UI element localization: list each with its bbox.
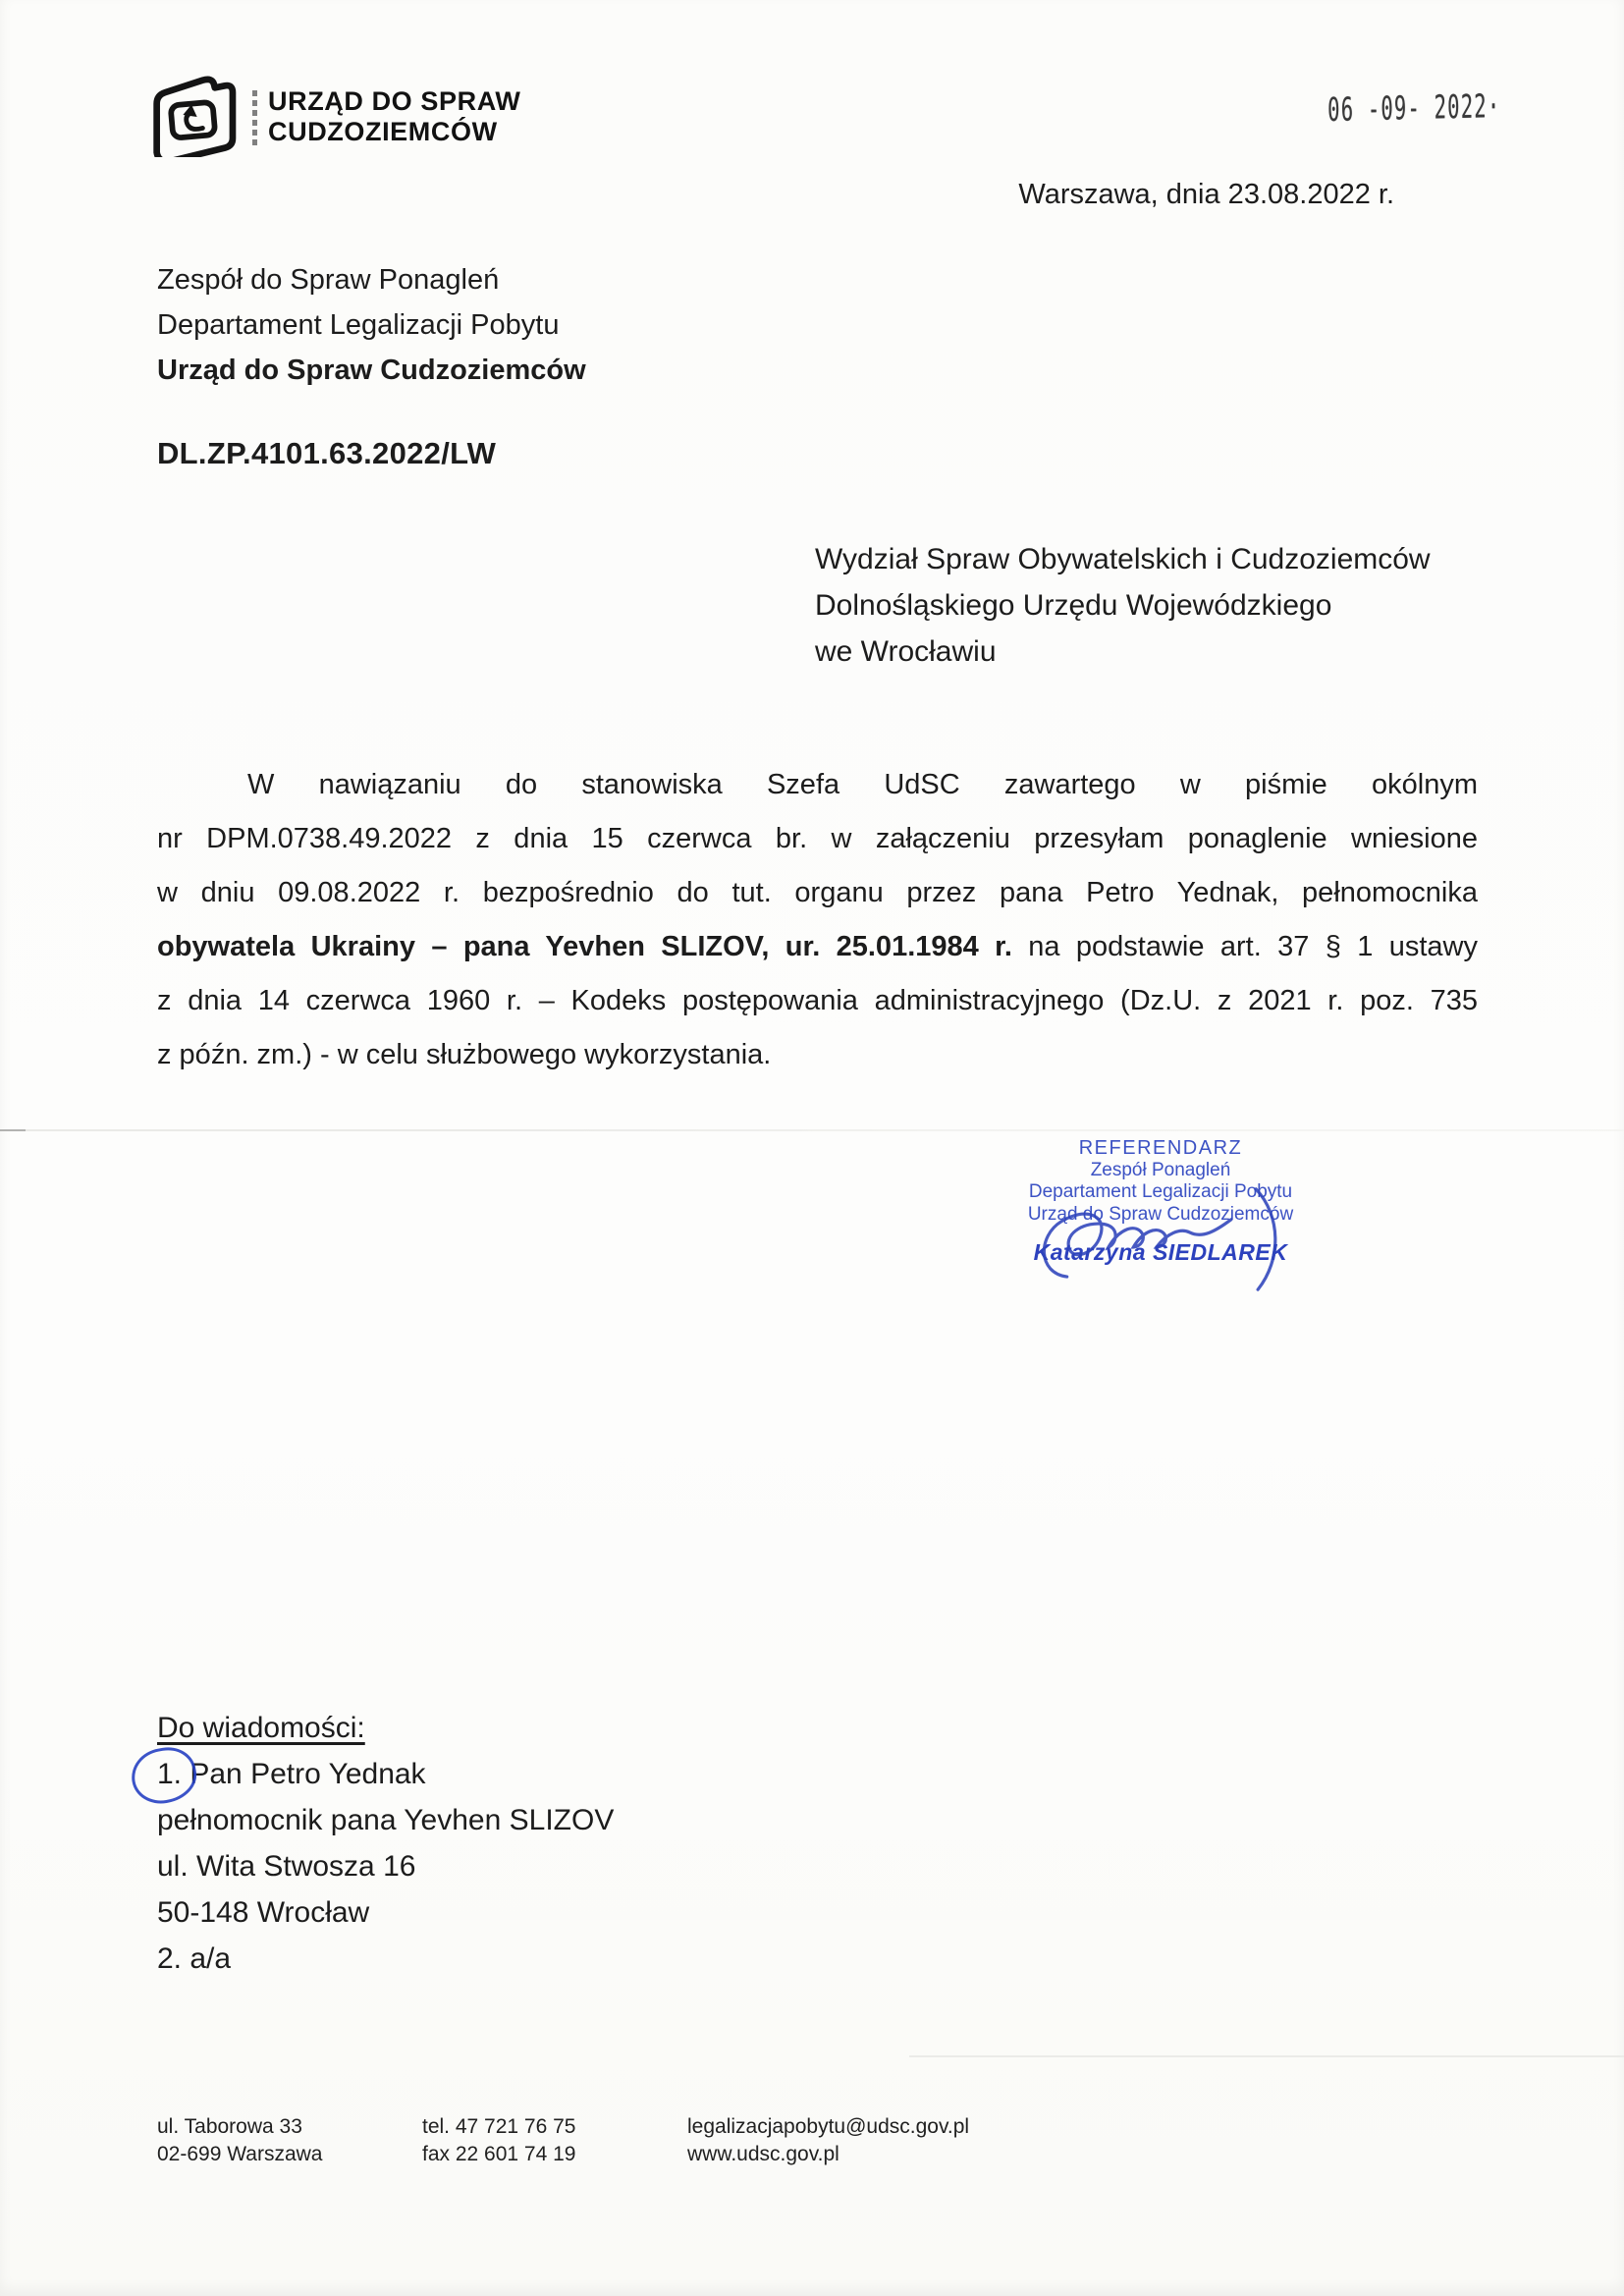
org-name-line1: URZĄD DO SPRAW [268, 86, 520, 117]
cc-item-1-city: 50-148 Wrocław [157, 1889, 614, 1936]
body-line-3: w dniu 09.08.2022 r. bezpośrednio do tut… [157, 866, 1478, 920]
recipient-line1: Wydział Spraw Obywatelskich i Cudzoziemc… [815, 536, 1431, 582]
footer-web: legalizacjapobytu@udsc.gov.pl www.udsc.g… [687, 2113, 969, 2168]
org-name-line2: CUDZOZIEMCÓW [268, 117, 520, 147]
body-line-6: z późn. zm.) - w celu służbowego wykorzy… [157, 1028, 1478, 1082]
footer-street: ul. Taborowa 33 [157, 2113, 422, 2141]
footer-tel: tel. 47 721 76 75 [422, 2113, 687, 2141]
footer-fax: fax 22 601 74 19 [422, 2141, 687, 2168]
body-paragraph: W nawiązaniu do stanowiska Szefa UdSC za… [157, 758, 1478, 1082]
body-line-4-regular: na podstawie art. 37 § 1 ustawy [1028, 931, 1478, 962]
cc-item-1: 1. Pan Petro Yednak [157, 1751, 614, 1797]
page-crease-line [909, 2055, 1624, 2057]
stamp-unit: Zespół Ponagleń [1011, 1160, 1310, 1182]
stamp-title: REFERENDARZ [1011, 1137, 1310, 1160]
body-line-4-bold: obywatela Ukrainy – pana Yevhen SLIZOV, … [157, 931, 1012, 962]
cc-block: Do wiadomości: 1. Pan Petro Yednak pełno… [157, 1705, 614, 1982]
signature-scribble-icon [1021, 1186, 1316, 1292]
body-line-2: nr DPM.0738.49.2022 z dnia 15 czerwca br… [157, 812, 1478, 866]
footer-website: www.udsc.gov.pl [687, 2141, 969, 2168]
recipient-block: Wydział Spraw Obywatelskich i Cudzoziemc… [815, 536, 1431, 675]
udsc-logo-icon [140, 75, 241, 157]
cc-item-1-street: ul. Wita Stwosza 16 [157, 1843, 614, 1889]
footer-address: ul. Taborowa 33 02-699 Warszawa [157, 2113, 422, 2168]
reference-number: DL.ZP.4101.63.2022/LW [157, 436, 496, 471]
body-line-5: z dnia 14 czerwca 1960 r. – Kodeks postę… [157, 974, 1478, 1028]
scanned-letter-page: URZĄD DO SPRAW CUDZOZIEMCÓW 06 -09- 2022… [0, 0, 1624, 2296]
footer-email: legalizacjapobytu@udsc.gov.pl [687, 2113, 969, 2141]
recipient-line2: Dolnośląskiego Urzędu Wojewódzkiego [815, 582, 1431, 629]
body-line-1: W nawiązaniu do stanowiska Szefa UdSC za… [157, 758, 1478, 812]
received-date-stamp: 06 -09- 2022· [1327, 86, 1501, 129]
cc-item-1-role: pełnomocnik pana Yevhen SLIZOV [157, 1797, 614, 1843]
footer-phone: tel. 47 721 76 75 fax 22 601 74 19 [422, 2113, 687, 2168]
letterhead: URZĄD DO SPRAW CUDZOZIEMCÓW [140, 73, 690, 161]
org-name: URZĄD DO SPRAW CUDZOZIEMCÓW [268, 86, 520, 147]
footer-city: 02-699 Warszawa [157, 2141, 422, 2168]
sender-department: Departament Legalizacji Pobytu [157, 302, 586, 348]
page-fold-line [0, 1129, 1624, 1131]
sender-office: Urząd do Spraw Cudzoziemców [157, 348, 586, 393]
sender-block: Zespół do Spraw Ponagleń Departament Leg… [157, 257, 586, 393]
place-date-line: Warszawa, dnia 23.08.2022 r. [1001, 179, 1394, 211]
sender-unit: Zespół do Spraw Ponagleń [157, 257, 586, 302]
logo-separator [252, 90, 257, 147]
footer: ul. Taborowa 33 02-699 Warszawa tel. 47 … [157, 2113, 969, 2168]
recipient-line3: we Wrocławiu [815, 629, 1431, 675]
body-line-4: obywatela Ukrainy – pana Yevhen SLIZOV, … [157, 920, 1478, 974]
cc-heading: Do wiadomości: [157, 1705, 614, 1751]
cc-item-2: 2. a/a [157, 1936, 614, 1982]
